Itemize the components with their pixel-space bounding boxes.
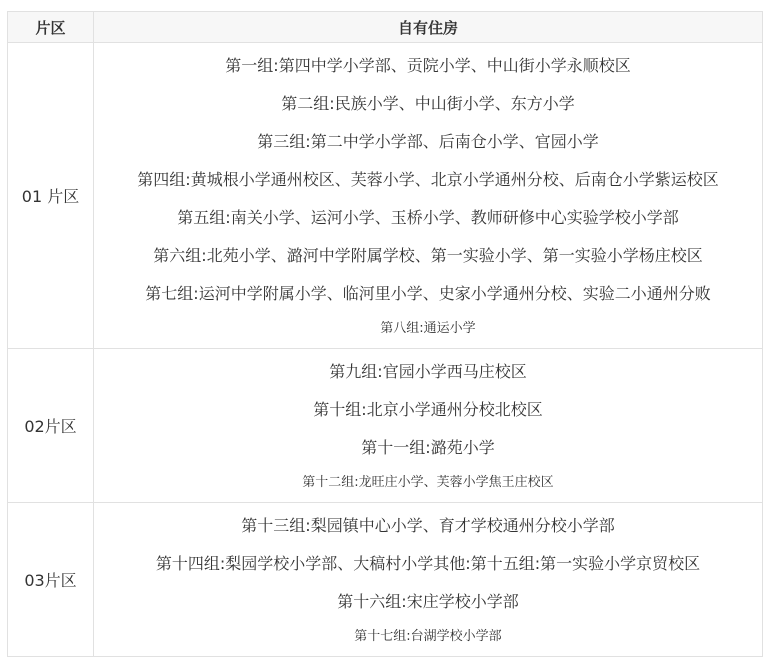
group-line-16: 第十六组:宋庄学校小学部: [102, 583, 754, 621]
table-row-zone-01: 01 片区 第一组:第四中学小学部、贡院小学、中山街小学永顺校区 第二组:民族小…: [8, 43, 763, 349]
group-line-13: 第十三组:梨园镇中心小学、育才学校通州分校小学部: [102, 507, 754, 545]
group-line-3: 第三组:第二中学小学部、后南仓小学、官园小学: [102, 123, 754, 161]
group-line-17: 第十七组:台湖学校小学部: [102, 621, 754, 652]
zone-label-02: 02片区: [8, 349, 94, 503]
schools-cell-02: 第九组:官园小学西马庄校区 第十组:北京小学通州分校北校区 第十一组:潞苑小学 …: [94, 349, 763, 503]
group-line-9: 第九组:官园小学西马庄校区: [102, 353, 754, 391]
schools-cell-03: 第十三组:梨园镇中心小学、育才学校通州分校小学部 第十四组:梨园学校小学部、大稿…: [94, 503, 763, 657]
header-zone: 片区: [8, 12, 94, 43]
schools-cell-01: 第一组:第四中学小学部、贡院小学、中山街小学永顺校区 第二组:民族小学、中山街小…: [94, 43, 763, 349]
group-line-14-15: 第十四组:梨园学校小学部、大稿村小学其他:第十五组:第一实验小学京贸校区: [102, 545, 754, 583]
group-line-1: 第一组:第四中学小学部、贡院小学、中山街小学永顺校区: [102, 47, 754, 85]
table-row-zone-03: 03片区 第十三组:梨园镇中心小学、育才学校通州分校小学部 第十四组:梨园学校小…: [8, 503, 763, 657]
group-line-2: 第二组:民族小学、中山街小学、东方小学: [102, 85, 754, 123]
group-line-5: 第五组:南关小学、运河小学、玉桥小学、教师研修中心实验学校小学部: [102, 199, 754, 237]
zone-label-01: 01 片区: [8, 43, 94, 349]
group-line-6: 第六组:北苑小学、潞河中学附属学校、第一实验小学、第一实验小学杨庄校区: [102, 237, 754, 275]
group-line-7: 第七组:运河中学附属小学、临河里小学、史家小学通州分校、实验二小通州分败: [102, 275, 754, 313]
table-row-zone-02: 02片区 第九组:官园小学西马庄校区 第十组:北京小学通州分校北校区 第十一组:…: [8, 349, 763, 503]
page: 片区 自有住房 01 片区 第一组:第四中学小学部、贡院小学、中山街小学永顺校区…: [0, 0, 770, 665]
school-districts-table: 片区 自有住房 01 片区 第一组:第四中学小学部、贡院小学、中山街小学永顺校区…: [7, 11, 763, 657]
header-row: 片区 自有住房: [8, 12, 763, 43]
group-line-8: 第八组:通运小学: [102, 313, 754, 344]
group-line-4: 第四组:黄城根小学通州校区、芙蓉小学、北京小学通州分校、后南仓小学紫运校区: [102, 161, 754, 199]
header-housing: 自有住房: [94, 12, 763, 43]
group-line-11: 第十一组:潞苑小学: [102, 429, 754, 467]
group-line-12: 第十二组:龙旺庄小学、芙蓉小学焦王庄校区: [102, 467, 754, 498]
zone-label-03: 03片区: [8, 503, 94, 657]
group-line-10: 第十组:北京小学通州分校北校区: [102, 391, 754, 429]
